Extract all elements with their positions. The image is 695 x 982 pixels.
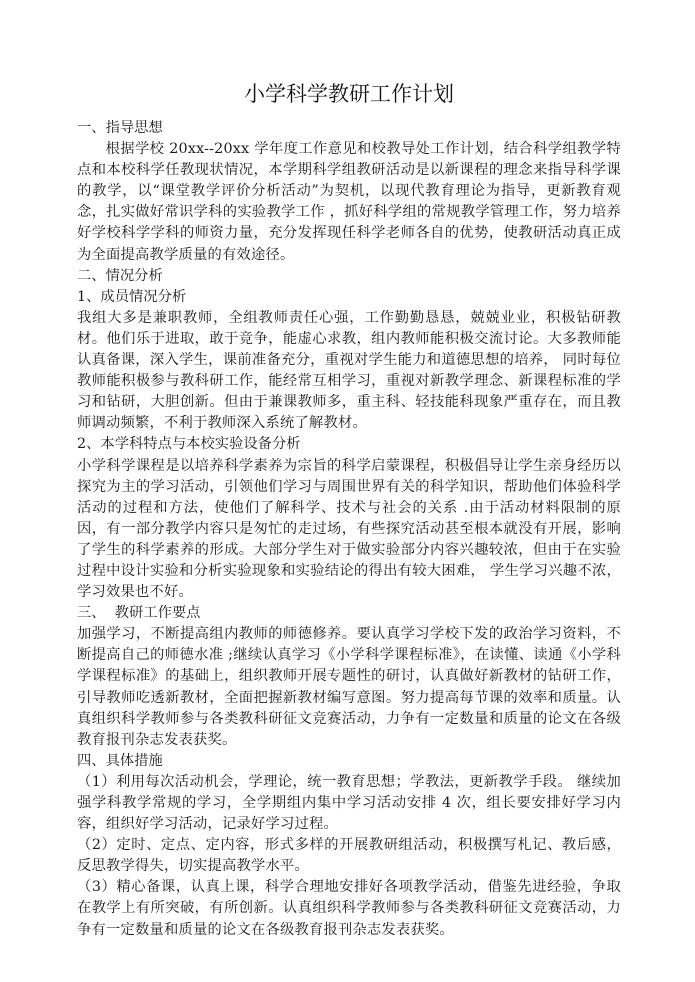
document-title: 小学科学教研工作计划 [77, 78, 621, 110]
section-heading-guiding-thought: 一、指导思想 [77, 118, 621, 139]
paragraph-key-points: 加强学习，不断提高组内教师的师德修养。要认真学习学校下发的政治学习资料，不断提高… [77, 624, 621, 751]
paragraph-guiding-thought: 根据学校 20xx--20xx 学年度工作意见和校教导处工作计划，结合科学组教学… [77, 139, 621, 266]
measure-item-1: （1）利用每次活动机会，学理论，统一教育思想；学教法，更新教学手段。 继续加强学… [77, 772, 621, 835]
section-heading-situation-analysis: 二、情况分析 [77, 266, 621, 287]
section-heading-key-points: 三、 教研工作要点 [77, 603, 621, 624]
measure-item-3: （3）精心备课，认真上课，科学合理地安排好各项教学活动，借鉴先进经验，争取在教学… [77, 877, 621, 940]
section-heading-measures: 四、具体措施 [77, 751, 621, 772]
document-page: 小学科学教研工作计划 一、指导思想 根据学校 20xx--20xx 学年度工作意… [77, 78, 621, 941]
paragraph-members: 我组大多是兼职教师，全组教师责任心强，工作勤勤恳恳，兢兢业业，积极钻研教材。他们… [77, 308, 621, 435]
paragraph-subject-equipment: 小学科学课程是以培养科学素养为宗旨的科学启蒙课程，积极倡导让学生亲身经历以探究为… [77, 456, 621, 604]
subsection-heading-subject-equipment: 2、本学科特点与本校实验设备分析 [77, 434, 621, 455]
subsection-heading-members: 1、成员情况分析 [77, 287, 621, 308]
measure-item-2: （2）定时、定点、定内容，形式多样的开展教研组活动，积极撰写札记、教后感，反思教… [77, 835, 621, 877]
